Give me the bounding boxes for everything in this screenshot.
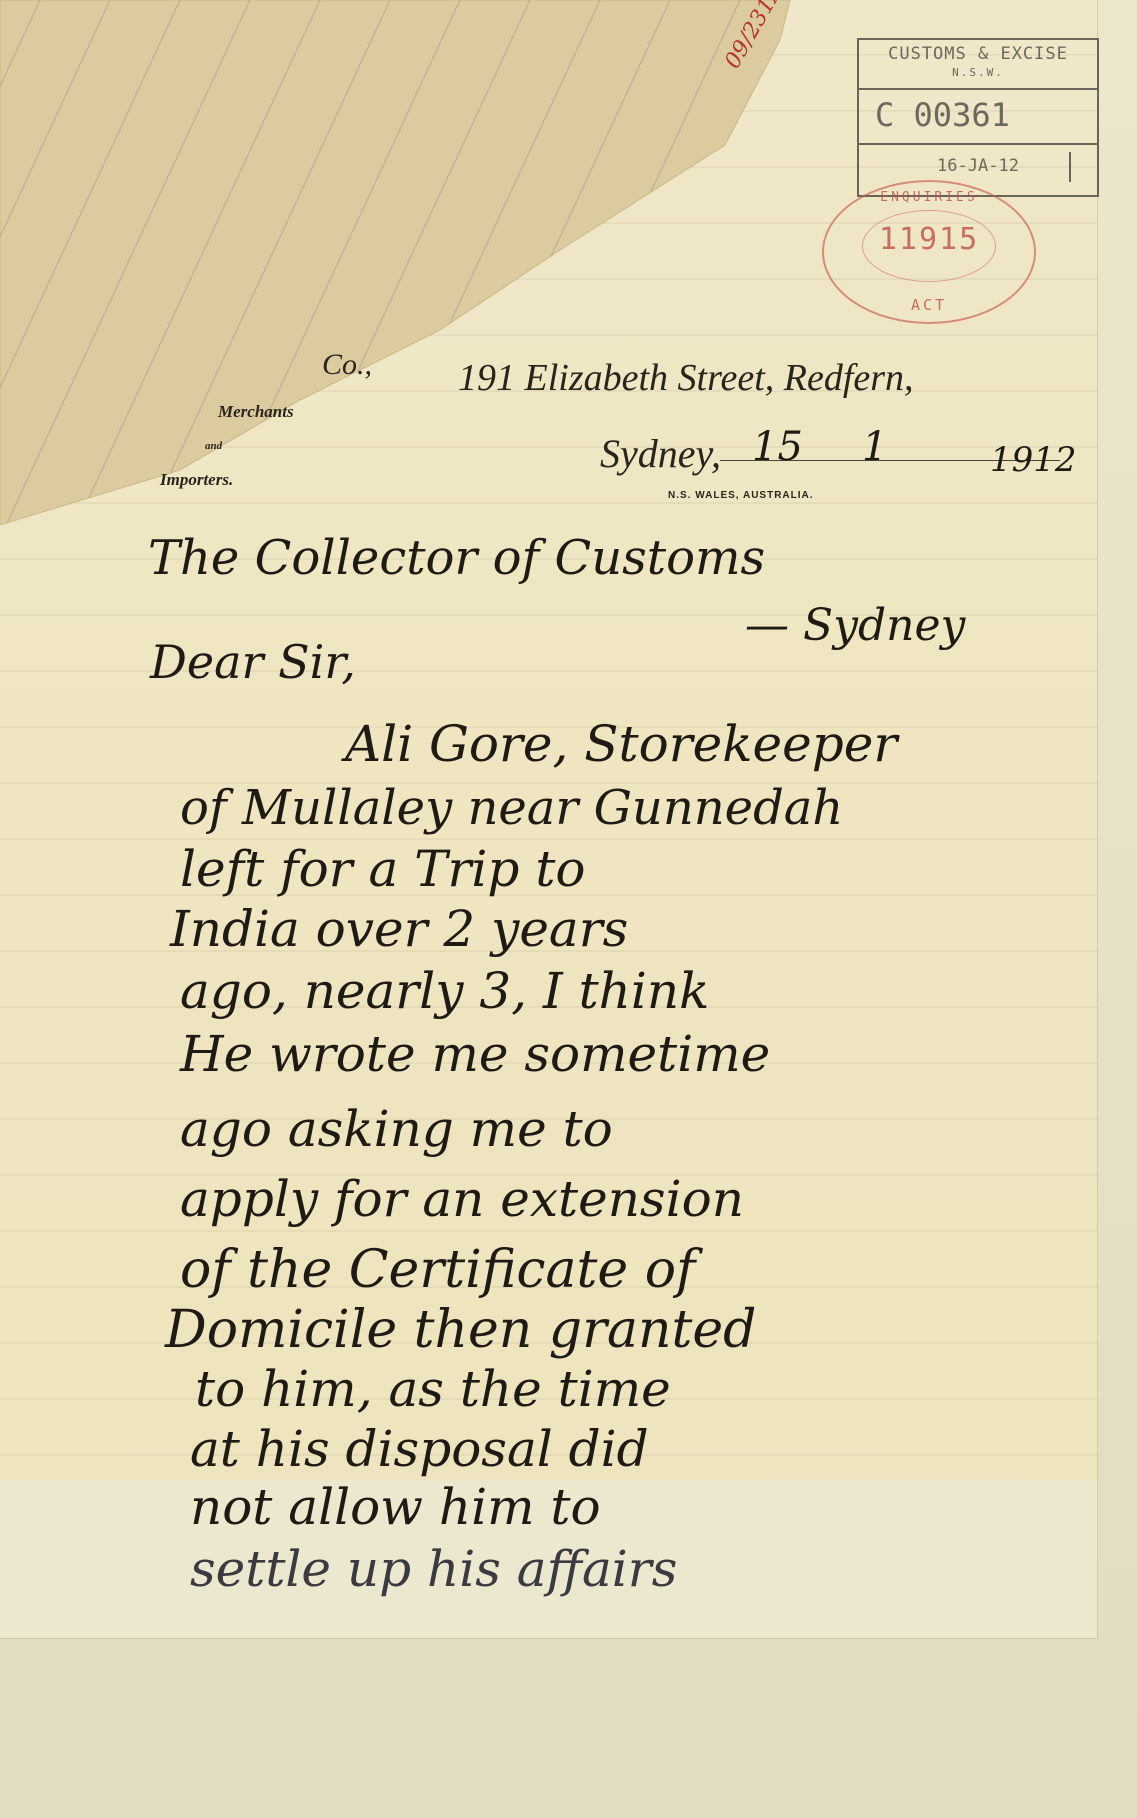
stamp-mark [1069,152,1071,182]
letterhead-address: 191 Elizabeth Street, Redfern, [458,356,914,400]
red-stamp-bottom-text: ACT [824,296,1034,314]
body-line: India over 2 years [170,900,628,958]
body-line: ago asking me to [180,1100,613,1158]
salutation: Dear Sir, [150,635,356,689]
letterhead-and: and [205,440,222,452]
date-month: 1 [862,424,887,470]
body-line: He wrote me sometime [180,1025,770,1083]
stamp-subheader: N.S.W. [859,66,1097,79]
body-line: to him, as the time [195,1360,671,1418]
body-line: ago, nearly 3, I think [180,962,709,1020]
letterhead-merchants: Merchants [218,402,294,422]
stamp-divider [859,143,1097,145]
date-day: 15 [752,424,803,470]
letterhead-company: Co., [322,348,372,382]
addressee-city: — Sydney [745,600,965,651]
stamp-divider [859,88,1097,90]
body-line: Ali Gore, Storekeeper [345,715,897,773]
red-oval-stamp: ENQUIRIES 11915 ACT [822,180,1036,324]
red-stamp-number: 11915 [824,222,1034,257]
stamp-number: C 00361 [859,96,1097,134]
date-year: 1912 [990,440,1077,480]
body-line: of the Certificate of [180,1240,695,1300]
body-line: settle up his affairs [190,1540,677,1598]
red-stamp-arc-text: ENQUIRIES [824,190,1034,205]
letterhead-city: Sydney, [600,430,721,477]
body-line: at his disposal did [190,1420,649,1478]
body-line: apply for an extension [180,1170,744,1228]
body-line: not allow him to [190,1478,601,1536]
stamp-header: CUSTOMS & EXCISE [859,44,1097,64]
body-line: left for a Trip to [180,840,586,898]
customs-excise-stamp: CUSTOMS & EXCISE N.S.W. C 00361 16-JA-12 [857,38,1099,197]
body-line: of Mullaley near Gunnedah [180,780,843,836]
letterhead-region: N.S. WALES, AUSTRALIA. [668,490,814,501]
stamp-date: 16-JA-12 [859,156,1097,176]
letterhead-importers: Importers. [160,470,233,490]
body-line: Domicile then granted [165,1300,756,1360]
addressee: The Collector of Customs [148,530,765,586]
